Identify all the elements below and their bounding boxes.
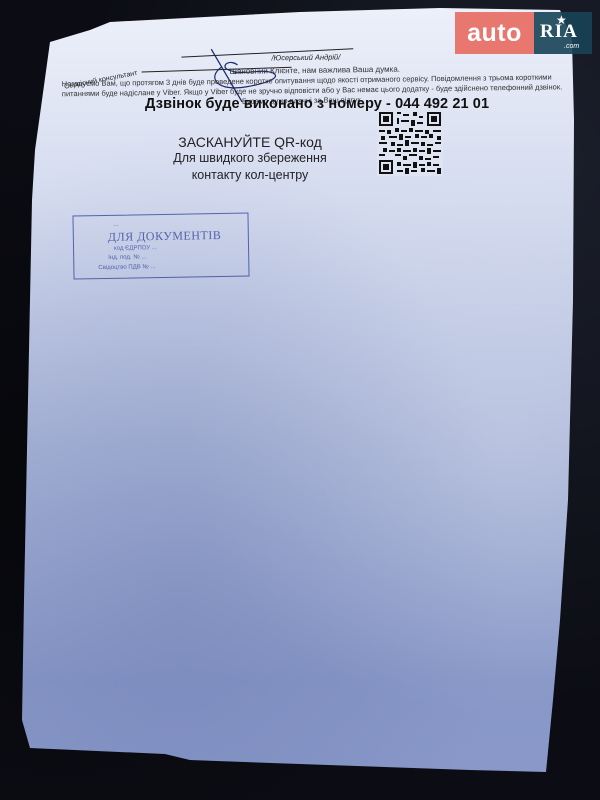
qr-code-icon [377, 110, 443, 176]
scan-subtitle-line1: Для швидкого збереження [160, 150, 340, 167]
watermark-auto: auto [455, 12, 534, 54]
signature-block: Сервісний консультант /Юсерський Андрій/ [61, 35, 482, 101]
notice-line: Будемо дуже вдячні за Ваш відгук. [62, 92, 582, 109]
handwritten-signature-icon [201, 46, 292, 107]
stamp-title: ДЛЯ ДОКУМЕНТІВ [108, 228, 222, 245]
call-number-line: Дзвінок буде виконано з номеру - 044 492… [145, 96, 489, 112]
stamp-line: код ЄДРПОУ ... [114, 245, 157, 252]
watermark-domain: .com [564, 43, 579, 50]
scan-qr-block: ЗАСКАНУЙТЕ QR-код Для швидкого збереженн… [160, 134, 340, 184]
watermark-ria-text: RIA [540, 21, 578, 43]
consultant-name: /Юсерський Андрій/ [271, 52, 340, 62]
stamp-line: Інд. под. № ... [108, 254, 146, 261]
greeting-text: Шановний Клієнте, нам важлива Ваша думка… [230, 65, 400, 76]
signature-line-bottom [142, 67, 292, 73]
scan-subtitle-line2: контакту кол-центру [160, 167, 340, 184]
notice-line: Нагадуємо Вам, що протягом 3 днів буде п… [62, 72, 582, 89]
stamp-line: Свідоцтво ПДВ № ... [98, 264, 155, 271]
watermark-ria: ★ RIA .com [534, 12, 592, 54]
signature-line-top [181, 48, 353, 57]
paper-sheet: Сервісний консультант /Юсерський Андрій/… [0, 0, 600, 800]
notice-paragraph: Нагадуємо Вам, що протягом 3 днів буде п… [62, 72, 582, 109]
autoria-watermark: auto ★ RIA .com [455, 12, 595, 54]
consultant-label: Сервісний консультант [64, 70, 138, 91]
notice-line: питаннями буде надіслане у Viber. Якщо у… [62, 82, 582, 99]
company-stamp: ... ДЛЯ ДОКУМЕНТІВ код ЄДРПОУ ... Інд. п… [72, 212, 249, 279]
stamp-top-text: ... [114, 222, 119, 228]
scan-title: ЗАСКАНУЙТЕ QR-код [160, 134, 340, 150]
